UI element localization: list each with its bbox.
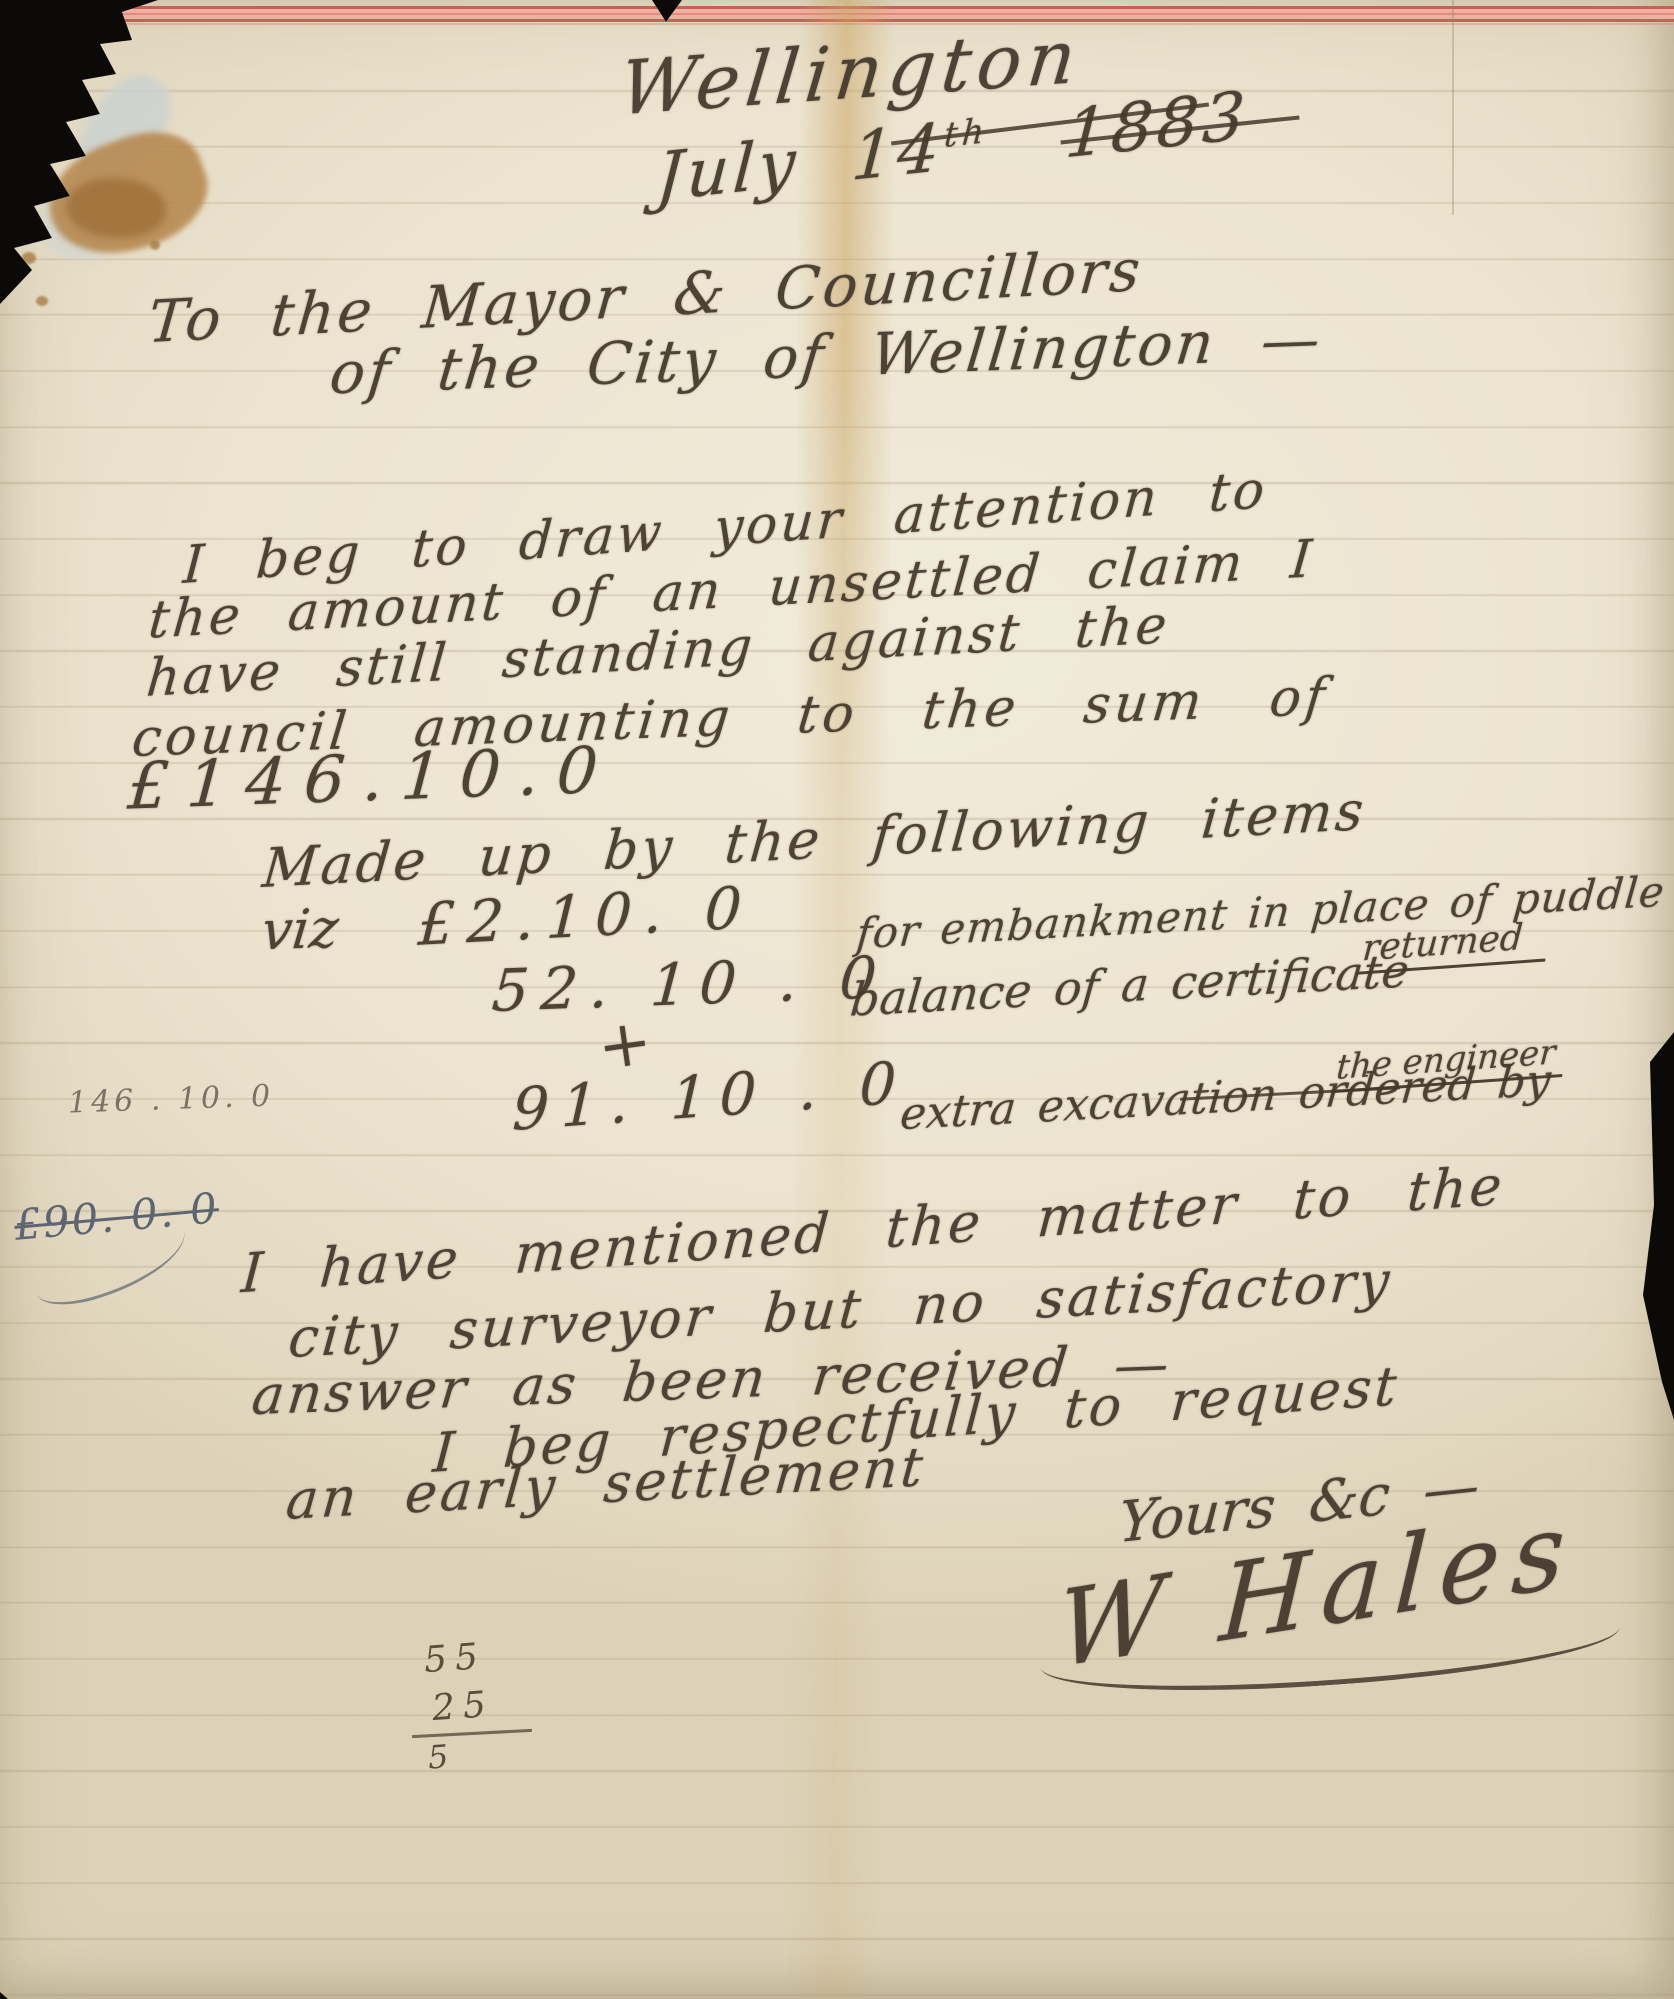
pencil-sum-bottom: 5	[427, 1737, 450, 1776]
margin-running-total: 146 . 10. 0	[67, 1078, 274, 1120]
item-2-amount: 52. 10 . 0	[490, 943, 891, 1025]
stain-speck	[22, 252, 36, 264]
stain-blob	[66, 178, 166, 238]
letter-page: Wellington July 14th 1883 To the Mayor &…	[0, 0, 1674, 1999]
scanned-letter: Wellington July 14th 1883 To the Mayor &…	[0, 0, 1674, 1999]
pencil-sum-top: 55	[423, 1636, 488, 1681]
item-viz-label: viz	[259, 897, 342, 963]
pencil-sum-middle: 25	[431, 1684, 496, 1729]
page-edge-crease	[1452, 0, 1454, 215]
stain-speck	[150, 240, 160, 250]
stain-speck	[36, 296, 48, 306]
